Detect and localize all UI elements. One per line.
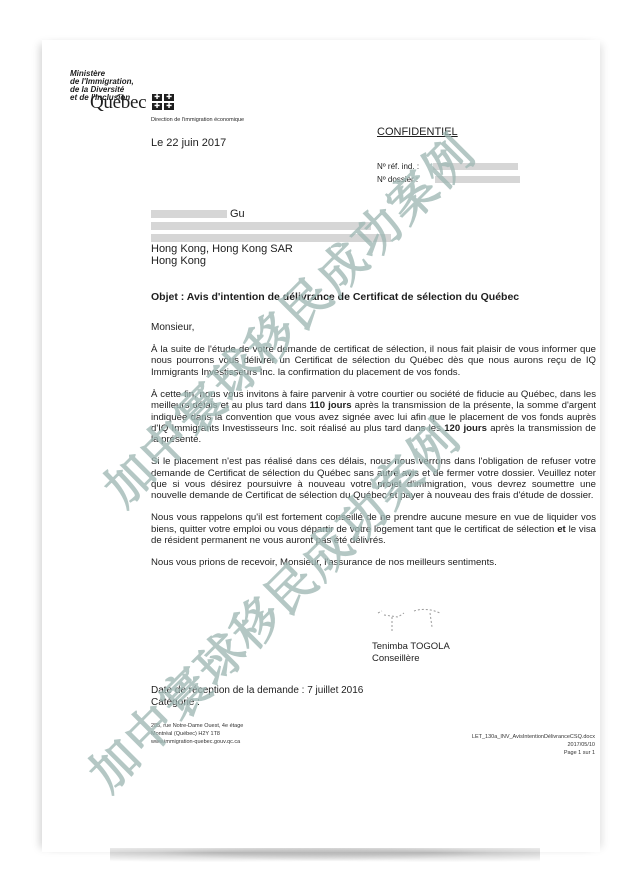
emphasis-text: 110 jours — [310, 400, 352, 411]
letter-date: Le 22 juin 2017 — [151, 137, 226, 149]
signer-name: Tenimba TOGOLA — [372, 641, 450, 653]
page-shadow — [110, 848, 540, 864]
signer-block: Tenimba TOGOLA Conseillère — [372, 641, 450, 665]
footer-document-ref: LET_130a_INV_AvisIntentionDélivranceCSQ.… — [419, 733, 595, 757]
recipient-name: Gu — [230, 208, 245, 220]
fleur-icon: ✚ — [152, 103, 162, 110]
signer-title: Conseillère — [372, 653, 450, 665]
redacted-name — [151, 210, 227, 218]
emphasis-text: et — [557, 524, 566, 535]
quebec-logo-text: Québec — [90, 92, 146, 114]
document-filename: LET_130a_INV_AvisIntentionDélivranceCSQ.… — [419, 733, 595, 741]
body-paragraph: Nous vous prions de recevoir, Monsieur, … — [151, 557, 596, 568]
salutation: Monsieur, — [151, 322, 194, 333]
page-number: Page 1 sur 1 — [419, 749, 595, 757]
direction-name: Direction de l'immigration économique — [151, 117, 244, 123]
signature-icon — [370, 605, 460, 635]
document-date: 2017/05/10 — [419, 741, 595, 749]
fleur-icon: ✚ — [164, 94, 174, 101]
quebec-flag-icon: ✚ ✚ ✚ ✚ — [152, 94, 174, 110]
fleur-icon: ✚ — [164, 103, 174, 110]
fleur-icon: ✚ — [152, 94, 162, 101]
